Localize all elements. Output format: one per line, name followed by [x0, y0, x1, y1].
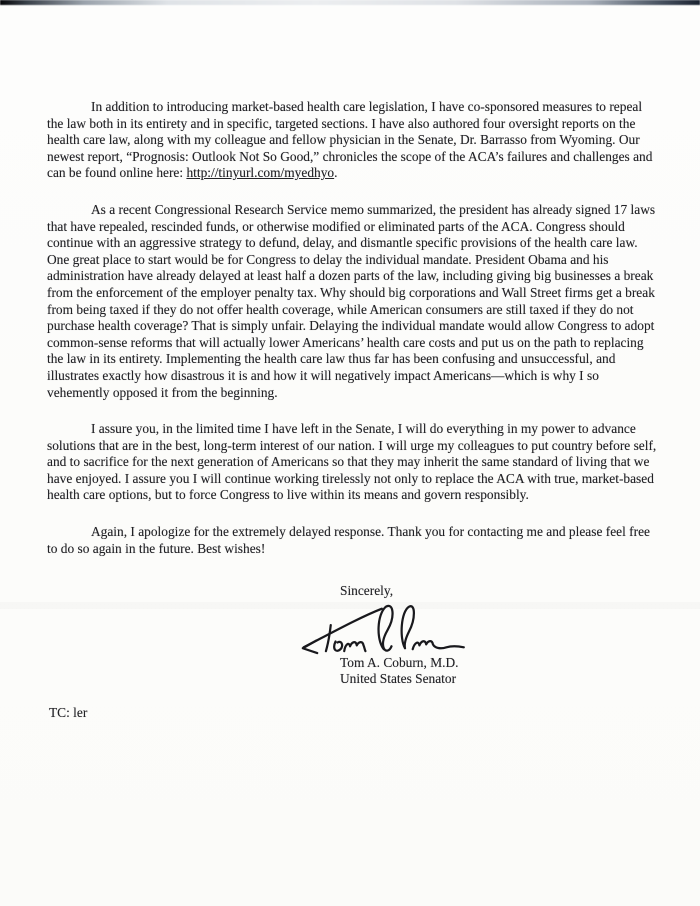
paragraph-1-text: In addition to introducing market-based …	[47, 99, 652, 180]
tinyurl-link[interactable]: http://tinyurl.com/myedhyo	[186, 165, 334, 180]
letter-body: In addition to introducing market-based …	[47, 99, 660, 722]
letter-paragraph-1: In addition to introducing market-based …	[47, 99, 660, 182]
signed-name: Tom A. Coburn, M.D.	[340, 655, 660, 672]
scanned-letter-page: In addition to introducing market-based …	[0, 0, 700, 906]
letter-paragraph-2: As a recent Congressional Research Servi…	[47, 202, 660, 401]
letter-paragraph-4: Again, I apologize for the extremely del…	[47, 524, 660, 557]
scan-edge-artifact	[0, 0, 700, 5]
letter-paragraph-3: I assure you, in the limited time I have…	[47, 421, 660, 504]
reference-initials: TC: ler	[49, 705, 660, 722]
handwritten-signature	[285, 601, 470, 655]
closing-block: Sincerely, Tom A. Coburn, M.D. Un	[47, 583, 660, 688]
valediction: Sincerely,	[340, 583, 660, 600]
signed-title: United States Senator	[340, 671, 660, 688]
paragraph-1-after-link: .	[334, 165, 337, 180]
